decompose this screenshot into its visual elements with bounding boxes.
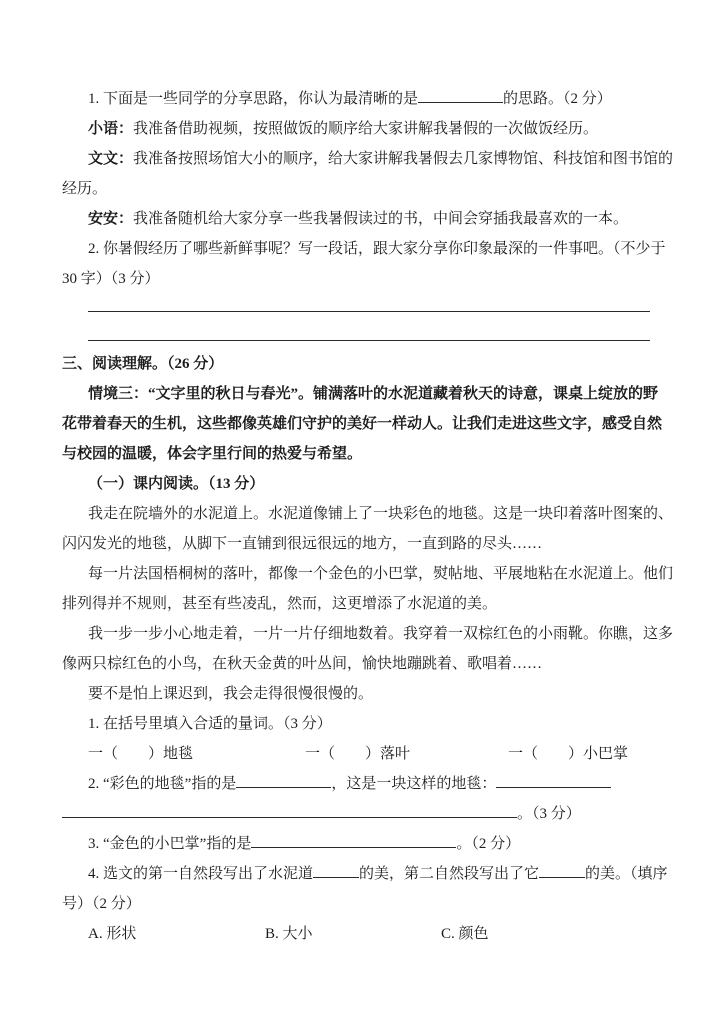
- passage-line-3: 每一片法国梧桐树的落叶，都像一个金色的小巴掌，熨帖地、平展地粘在水泥道上。他们: [62, 559, 662, 589]
- reading-question-4-a: 4. 选文的第一自然段写出了水泥道: [88, 866, 313, 882]
- reading-question-3-pre: 3. “金色的小巴掌”指的是: [88, 836, 251, 852]
- speaker-wenwen-line-2: 经历。: [62, 174, 662, 204]
- option-a: A. 形状: [88, 919, 265, 949]
- answer-blank: [539, 862, 585, 878]
- speaker-xiaoyu-line: 小语：我准备借助视频，按照做饭的顺序给大家讲解我暑假的一次做饭经历。: [62, 114, 662, 144]
- reading-question-2-line-2: 。（3 分）: [62, 799, 662, 829]
- section-3-heading: 三、阅读理解。（26 分）: [62, 349, 662, 379]
- scenario-text-2: 花带着春天的生机，这些都像英雄们守护的美好一样动人。让我们走进这些文字，感受自然: [62, 416, 662, 432]
- question-1-text-pre: 1. 下面是一些同学的分享思路，你认为最清晰的是: [88, 91, 418, 107]
- passage-line-4: 排列得并不规则，甚至有些凌乱，然而，这更增添了水泥道的美。: [62, 589, 662, 619]
- passage-text-2: 闪闪发光的地毯，从脚下一直铺到很远很远的地方，一直到路的尽头……: [62, 536, 542, 552]
- speaker-text-wenwen: 我准备按照场馆大小的顺序，给大家讲解我暑假去几家博物馆、科技馆和图书馆的: [133, 151, 673, 167]
- passage-text-1: 我走在院墙外的水泥道上。水泥道像铺上了一块彩色的地毯。这是一块印着落叶图案的、: [88, 506, 673, 522]
- reading-question-3-post: 。（2 分）: [456, 836, 520, 852]
- scenario-line-3: 与校园的温暖，体会字里行间的热爱与希望。: [62, 439, 662, 469]
- option-c: C. 颜色: [441, 919, 489, 949]
- reading-question-2-mid: ，这是一块这样的地毯：: [331, 776, 496, 792]
- question-2-line-2: 30 字）（3 分）: [62, 264, 662, 294]
- speaker-name-xiaoyu: 小语：: [88, 121, 133, 137]
- passage-line-7: 要不是怕上课迟到，我会走得很慢很慢的。: [62, 679, 662, 709]
- answer-blank: [418, 87, 503, 103]
- measure-word-item-1: 一（ ）地毯: [88, 739, 305, 769]
- option-b: B. 大小: [265, 919, 441, 949]
- passage-text-4: 排列得并不规则，甚至有些凌乱，然而，这更增添了水泥道的美。: [62, 596, 497, 612]
- option-row: A. 形状 B. 大小 C. 颜色: [62, 919, 662, 949]
- scenario-text-3: 与校园的温暖，体会字里行间的热爱与希望。: [62, 446, 362, 462]
- speaker-anan-line: 安安：我准备随机给大家分享一些我暑假读过的书，中间会穿插我最喜欢的一本。: [62, 204, 662, 234]
- speaker-name-wenwen: 文文：: [88, 151, 133, 167]
- question-1-text-post: 的思路。（2 分）: [503, 91, 612, 107]
- scenario-line-1: 情境三：“文字里的秋日与春光”。铺满落叶的水泥道藏着秋天的诗意，课桌上绽放的野: [62, 379, 662, 409]
- question-2-line-1: 2. 你暑假经历了哪些新鲜事呢？写一段话，跟大家分享你印象最深的一件事吧。（不少…: [62, 234, 662, 264]
- measure-word-item-3: 一（ ）小巴掌: [508, 739, 628, 769]
- speaker-text-xiaoyu: 我准备借助视频，按照做饭的顺序给大家讲解我暑假的一次做饭经历。: [133, 121, 598, 137]
- reading-question-4-b: 的美，第二自然段写出了它: [359, 866, 539, 882]
- part-1-heading: （一）课内阅读。（13 分）: [62, 469, 662, 499]
- question-1-line: 1. 下面是一些同学的分享思路，你认为最清晰的是的思路。（2 分）: [62, 84, 662, 114]
- passage-text-3: 每一片法国梧桐树的落叶，都像一个金色的小巴掌，熨帖地、平展地粘在水泥道上。他们: [88, 566, 673, 582]
- writing-answer-line-2: [88, 312, 650, 341]
- passage-line-5: 我一步一步小心地走着，一片一片仔细地数着。我穿着一双棕红色的小雨靴。你瞧，这多: [62, 619, 662, 649]
- reading-question-2-post: 。（3 分）: [517, 806, 581, 822]
- scenario-text-1: 情境三：“文字里的秋日与春光”。铺满落叶的水泥道藏着秋天的诗意，课桌上绽放的野: [88, 386, 658, 402]
- measure-word-row: 一（ ）地毯 一（ ）落叶 一（ ）小巴掌: [62, 739, 662, 769]
- answer-blank: [496, 772, 611, 788]
- reading-question-1-text: 1. 在括号里填入合适的量词。（3 分）: [88, 716, 332, 732]
- answer-blank: [236, 772, 331, 788]
- writing-answer-line-1: [88, 294, 650, 312]
- reading-question-4-line-2: 号）（2 分）: [62, 889, 662, 919]
- reading-question-4-line-1: 4. 选文的第一自然段写出了水泥道的美，第二自然段写出了它的美。（填序: [62, 859, 662, 889]
- passage-text-6: 像两只棕红色的小鸟，在秋天金黄的叶丛间，愉快地蹦跳着、歌唱着……: [62, 656, 542, 672]
- reading-question-2-line-1: 2. “彩色的地毯”指的是，这是一块这样的地毯：: [62, 769, 662, 799]
- measure-word-item-2: 一（ ）落叶: [305, 739, 508, 769]
- reading-question-4-c: 的美。（填序: [585, 866, 668, 882]
- passage-line-1: 我走在院墙外的水泥道上。水泥道像铺上了一块彩色的地毯。这是一块印着落叶图案的、: [62, 499, 662, 529]
- reading-question-1-line: 1. 在括号里填入合适的量词。（3 分）: [62, 709, 662, 739]
- exam-paper-page: 1. 下面是一些同学的分享思路，你认为最清晰的是的思路。（2 分） 小语：我准备…: [0, 0, 724, 1024]
- passage-line-2: 闪闪发光的地毯，从脚下一直铺到很远很远的地方，一直到路的尽头……: [62, 529, 662, 559]
- speaker-name-anan: 安安：: [88, 211, 133, 227]
- answer-blank: [251, 832, 456, 848]
- scenario-line-2: 花带着春天的生机，这些都像英雄们守护的美好一样动人。让我们走进这些文字，感受自然: [62, 409, 662, 439]
- reading-question-3-line: 3. “金色的小巴掌”指的是。（2 分）: [62, 829, 662, 859]
- part-1-heading-text: （一）课内阅读。（13 分）: [88, 476, 264, 492]
- answer-blank: [62, 802, 517, 818]
- passage-text-5: 我一步一步小心地走着，一片一片仔细地数着。我穿着一双棕红色的小雨靴。你瞧，这多: [88, 626, 673, 642]
- answer-blank: [313, 862, 359, 878]
- question-2-text-1: 2. 你暑假经历了哪些新鲜事呢？写一段话，跟大家分享你印象最深的一件事吧。（不少…: [88, 241, 666, 257]
- question-2-text-2: 30 字）（3 分）: [62, 271, 160, 287]
- passage-line-6: 像两只棕红色的小鸟，在秋天金黄的叶丛间，愉快地蹦跳着、歌唱着……: [62, 649, 662, 679]
- speaker-text-anan: 我准备随机给大家分享一些我暑假读过的书，中间会穿插我最喜欢的一本。: [133, 211, 628, 227]
- speaker-text-wenwen-cont: 经历。: [62, 181, 107, 197]
- reading-question-4-cont: 号）（2 分）: [62, 896, 141, 912]
- section-3-heading-text: 三、阅读理解。（26 分）: [62, 356, 223, 372]
- reading-question-2-pre: 2. “彩色的地毯”指的是: [88, 776, 236, 792]
- speaker-wenwen-line-1: 文文：我准备按照场馆大小的顺序，给大家讲解我暑假去几家博物馆、科技馆和图书馆的: [62, 144, 662, 174]
- passage-text-7: 要不是怕上课迟到，我会走得很慢很慢的。: [88, 686, 373, 702]
